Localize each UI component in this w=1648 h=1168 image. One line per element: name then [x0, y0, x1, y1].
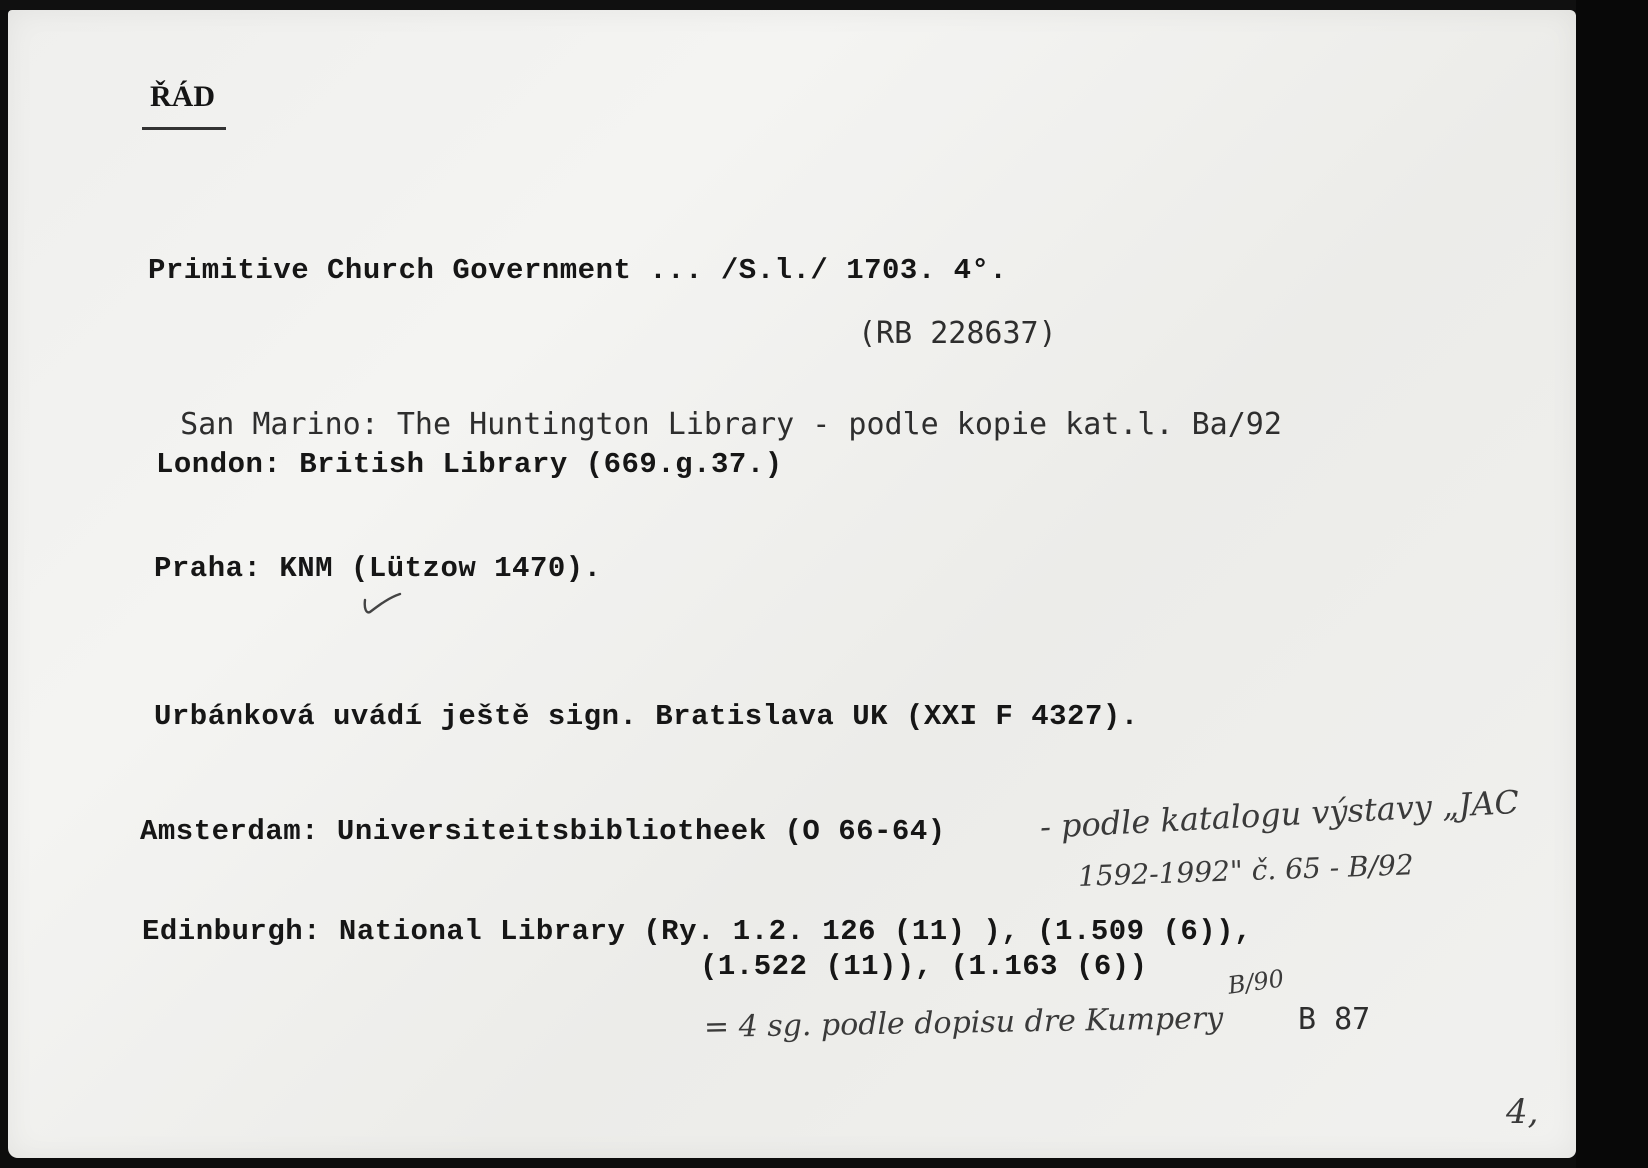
holding-london: London: British Library (669.g.37.): [156, 448, 783, 481]
scan-border-top: [0, 0, 1648, 10]
entry-title: Primitive Church Government ... /S.l./ 1…: [148, 254, 1007, 287]
holding-bratislava-note: Urbánková uvádí ještě sign. Bratislava U…: [154, 700, 1139, 733]
typed-reference: B 87: [1298, 1002, 1370, 1037]
check-mark-icon: [362, 592, 402, 618]
card-heading: ŘÁD: [150, 80, 215, 114]
holding-amsterdam: Amsterdam: Universiteitsbibliotheek (O 6…: [140, 815, 946, 848]
handwritten-card-number: 4,: [1506, 1092, 1538, 1132]
scan-border-right: [1576, 0, 1648, 1168]
heading-underline: [142, 127, 226, 130]
entry-reference: (RB 228637): [858, 316, 1057, 351]
holding-note: - podle kopie kat.l. Ba/92: [794, 407, 1282, 442]
holding-praha: Praha: KNM (Lützow 1470).: [154, 552, 602, 585]
holding-edinburgh: Edinburgh: National Library (Ry. 1.2. 12…: [142, 915, 1252, 948]
holding-edinburgh-continuation: (1.522 (11)), (1.163 (6)): [700, 950, 1148, 983]
holding-san-marino: San Marino: The Huntington Library - pod…: [144, 372, 1282, 442]
holding-location: San Marino: The Huntington Library: [180, 407, 794, 442]
